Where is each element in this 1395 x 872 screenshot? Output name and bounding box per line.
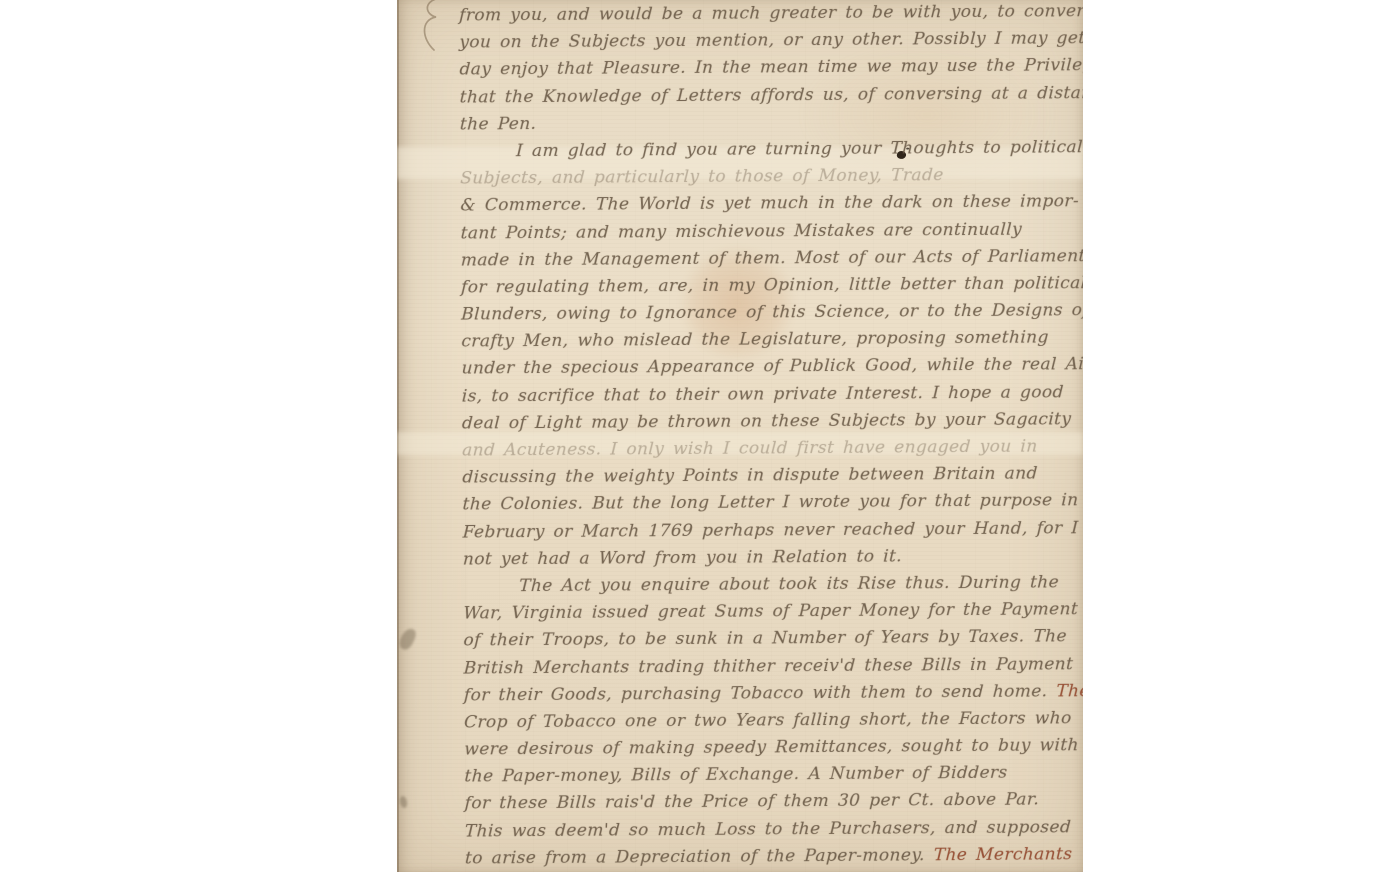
line-text: I am glad to find you are turning your T… [516,137,1083,161]
line-text: made in the Management of them. Most of … [460,246,1083,270]
line-text: that the Knowledge of Letters affords us… [459,82,1083,107]
line-text: crafty Men, who mislead the Legislature,… [461,328,1049,352]
line-text-accent: The [1047,681,1083,701]
line-text: the Pen. [459,114,536,135]
handwritten-line: February or March 1769 perhaps never rea… [462,515,1083,547]
letter-text: from you, and would be a much greater to… [397,0,1083,872]
line-text: discussing the weighty Points in dispute… [462,464,1038,488]
handwritten-line: of their Troops, to be sunk in a Number … [463,623,1083,655]
line-text: under the specious Appearance of Publick… [461,355,1083,379]
line-text: Subjects, and particularly to those of M… [460,165,944,188]
handwritten-line: day enjoy that Pleasure. In the mean tim… [459,52,1083,84]
scan-background: from you, and would be a much greater to… [0,0,1395,872]
handwritten-line: under the specious Appearance of Publick… [461,351,1083,383]
handwritten-line: the Pen. [459,107,1083,139]
handwritten-line: & Commerce. The World is yet much in the… [460,188,1083,220]
line-text: to arise from a Depreciation of the Pape… [465,845,926,868]
line-text: & Commerce. The World is yet much in the… [460,192,1080,216]
line-text: the Colonies. But the long Letter I wrot… [462,491,1079,515]
line-text: Blunders, owing to Ignorance of this Sci… [461,300,1083,324]
line-text: Crop of Tobacco one or two Years falling… [464,708,1073,732]
handwritten-line: deal of Light may be thrown on these Sub… [461,406,1083,438]
line-text: War, Virginia issued great Sums of Paper… [463,599,1079,623]
line-text: you on the Subjects you mention, or any … [459,28,1083,53]
line-text: of their Troops, to be sunk in a Number … [463,627,1067,651]
handwritten-line: for these Bills rais'd the Price of them… [464,786,1083,818]
line-text: tant Points; and many mischievous Mistak… [460,219,1022,243]
handwritten-line: for their Goods, purchasing Tobacco with… [463,678,1083,710]
handwritten-line: British Merchants trading thither receiv… [463,650,1083,682]
line-text: for their Goods, purchasing Tobacco with… [463,681,1048,705]
line-text-accent: The Merchants [924,844,1072,865]
line-text: deal of Light may be thrown on these Sub… [462,409,1072,433]
handwritten-line: the Colonies. But the long Letter I wrot… [462,487,1083,519]
line-text: day enjoy that Pleasure. In the mean tim… [459,55,1083,80]
line-text: the Paper-money, Bills of Exchange. A Nu… [464,763,1008,787]
handwritten-line: Crop of Tobacco one or two Years falling… [463,705,1083,737]
line-text: for regulating them, are, in my Opinion,… [461,273,1083,297]
handwritten-line: for regulating them, are, in my Opinion,… [460,270,1083,302]
line-text: from you, and would be a much greater to… [459,1,1083,26]
handwritten-line: to arise from a Depreciation of the Pape… [464,841,1083,872]
handwritten-line: This was deem'd so much Loss to the Purc… [464,814,1083,846]
handwritten-line: is, to sacrifice that to their own priva… [461,379,1083,411]
line-text: were desirous of making speedy Remittanc… [464,735,1080,759]
handwritten-line: that the Knowledge of Letters affords us… [459,80,1083,112]
line-text: for these Bills rais'd the Price of them… [464,790,1040,814]
manuscript-page: from you, and would be a much greater to… [397,0,1083,872]
line-text: British Merchants trading thither receiv… [463,654,1074,678]
line-text: and Acuteness. I only wish I could first… [462,437,1038,461]
line-text: The Act you enquire about took its Rise … [519,572,1060,596]
line-text: is, to sacrifice that to their own priva… [461,382,1064,406]
line-text: February or March 1769 perhaps never rea… [462,517,1083,542]
line-text: This was deem'd so much Loss to the Purc… [464,817,1071,841]
handwritten-line: not yet had a Word from you in Relation … [462,542,1083,574]
handwritten-line: made in the Management of them. Most of … [460,243,1083,275]
handwritten-line: tant Points; and many mischievous Mistak… [460,215,1083,247]
line-text: not yet had a Word from you in Relation … [462,546,902,569]
